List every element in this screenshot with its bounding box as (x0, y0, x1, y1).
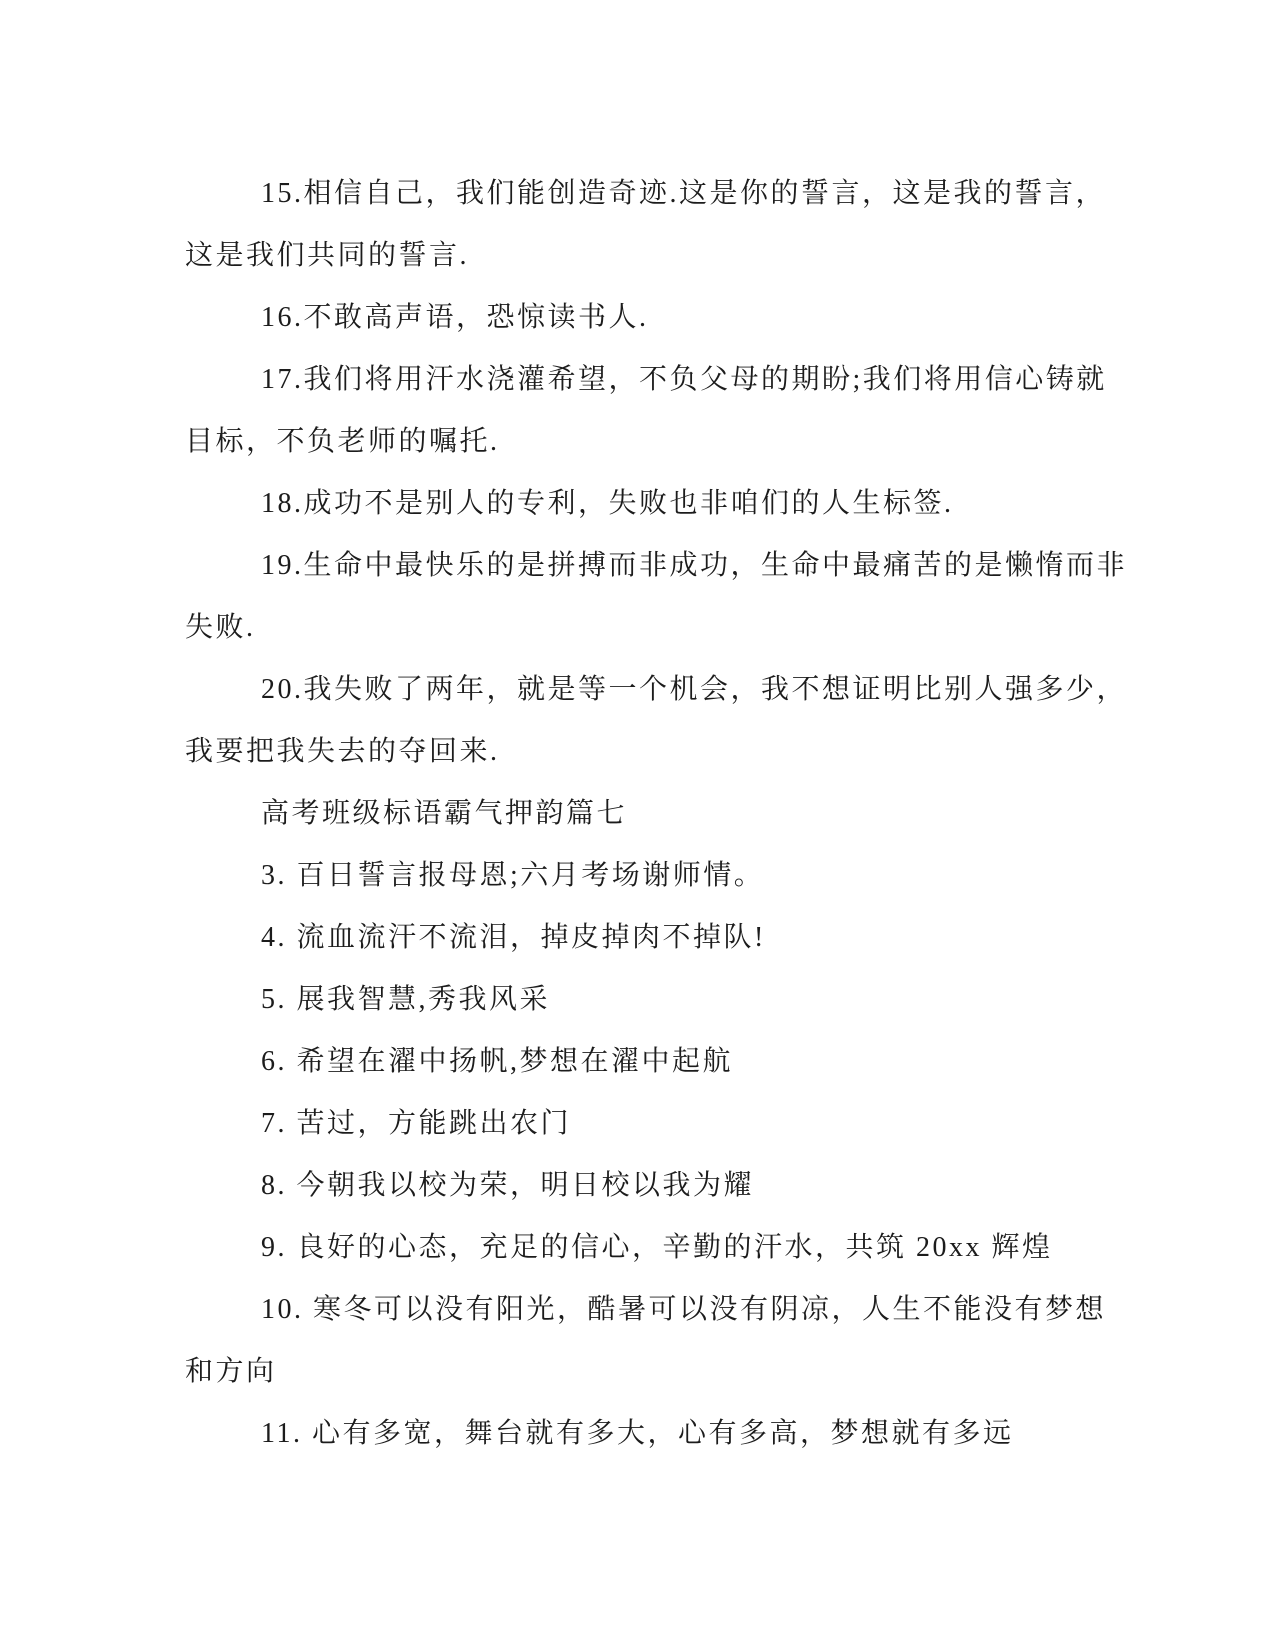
text-line: 7. 苦过，方能跳出农门 (185, 1093, 1090, 1155)
text-line: 失败. (185, 597, 1090, 659)
text-line: 19.生命中最快乐的是拼搏而非成功，生命中最痛苦的是懒惰而非 (185, 535, 1090, 597)
text-line: 8. 今朝我以校为荣，明日校以我为耀 (185, 1155, 1090, 1217)
text-line: 6. 希望在濯中扬帆,梦想在濯中起航 (185, 1031, 1090, 1093)
text-line: 我要把我失去的夺回来. (185, 721, 1090, 783)
text-line: 10. 寒冬可以没有阳光，酷暑可以没有阴凉，人生不能没有梦想 (185, 1279, 1090, 1341)
text-line: 17.我们将用汗水浇灌希望，不负父母的期盼;我们将用信心铸就 (185, 349, 1090, 411)
section-heading: 高考班级标语霸气押韵篇七 (185, 783, 1090, 845)
text-line: 5. 展我智慧,秀我风采 (185, 969, 1090, 1031)
text-line: 15.相信自己，我们能创造奇迹.这是你的誓言，这是我的誓言， (185, 163, 1090, 225)
text-line: 20.我失败了两年，就是等一个机会，我不想证明比别人强多少， (185, 659, 1090, 721)
text-line: 目标，不负老师的嘱托. (185, 411, 1090, 473)
text-line: 这是我们共同的誓言. (185, 225, 1090, 287)
text-line: 16.不敢高声语，恐惊读书人. (185, 287, 1090, 349)
text-line: 和方向 (185, 1341, 1090, 1403)
text-line: 11. 心有多宽，舞台就有多大，心有多高，梦想就有多远 (185, 1403, 1090, 1465)
text-line: 18.成功不是别人的专利，失败也非咱们的人生标签. (185, 473, 1090, 535)
text-line: 4. 流血流汗不流泪，掉皮掉肉不掉队! (185, 907, 1090, 969)
text-line: 9. 良好的心态，充足的信心，辛勤的汗水，共筑 20xx 辉煌 (185, 1217, 1090, 1279)
text-line: 3. 百日誓言报母恩;六月考场谢师情。 (185, 845, 1090, 907)
document-body: 15.相信自己，我们能创造奇迹.这是你的誓言，这是我的誓言，这是我们共同的誓言.… (185, 163, 1090, 1465)
document-page: 15.相信自己，我们能创造奇迹.这是你的誓言，这是我的誓言，这是我们共同的誓言.… (0, 0, 1275, 1650)
